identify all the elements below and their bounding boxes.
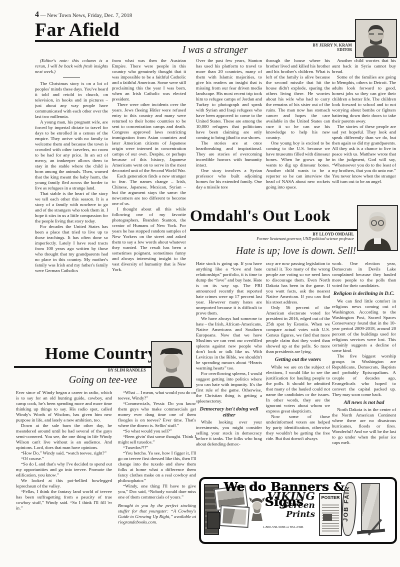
masthead-line: — New Town News, Friday, Dec. 7, 2018 — [40, 13, 132, 19]
paragraph: racy are now passing legislation to curt… — [266, 261, 330, 305]
far-afield-title: Far Afield — [35, 20, 120, 42]
paragraph: “So do I, and that's why I've decided to… — [16, 462, 112, 479]
sign-box-graphic — [207, 512, 220, 529]
omdahl-col-b: racy are now passing legislation to curt… — [266, 261, 330, 473]
column-subhead: Getting out the voters — [266, 357, 330, 363]
paragraph: “Windy, one thing I'll have to give you,… — [118, 484, 196, 501]
viking-logo: VIKING Screen Prints — [265, 491, 315, 520]
paragraph: “Fellas, I think the fantasy land world … — [16, 489, 112, 511]
paragraph: We looked at this pot-bellied bowlegged … — [16, 478, 112, 489]
far-afield-col-4: through the house where his brother live… — [266, 58, 330, 208]
paragraph: While we are on the subject of elections… — [266, 364, 330, 414]
paragraph: work. One election year, Democrats in De… — [332, 261, 396, 289]
paragraph: The stories are at once heartbreaking an… — [196, 141, 262, 169]
paragraph: The stories of these people are sad yet … — [332, 124, 396, 185]
paragraph: Each generation finds a new stranger to … — [112, 174, 186, 207]
ad-phone-block: 1-800-536-5686 or 852-2396 — [247, 525, 319, 531]
home-country-col-1: Ever since ol' Windy began a career in r… — [16, 390, 112, 562]
paragraph: The Christmas story is on a lot of peopl… — [35, 81, 108, 120]
job-fair-label: JOB FAIR — [343, 486, 351, 522]
paragraph: That stable is the heart of the story we… — [35, 191, 108, 224]
banner-signs-ad: We do Banners & Signs VIKING Screen Prin… — [199, 477, 397, 544]
paragraph: through the house where his brother live… — [266, 58, 330, 141]
omdahl-title: Omdahl's Out Look — [190, 208, 330, 226]
paragraph: One story involves a Syrian professor wh… — [196, 168, 262, 190]
paragraph: Brought to you by the perfect stocking s… — [118, 503, 196, 525]
paragraph: Some of the families are going to Memphi… — [332, 75, 396, 125]
newspaper-page: 4 — New Town News, Friday, Dec. 7, 2018 … — [0, 0, 400, 567]
column-subhead: All news is not bad — [332, 400, 396, 406]
omdahl-portrait-graphic — [358, 206, 397, 250]
paragraph: We can find little comfort in religious … — [332, 298, 396, 353]
ad-phone: 1-800-536-5686 or 852-2396 — [247, 525, 319, 529]
paragraph: I thought about all this while following… — [112, 207, 186, 273]
column-divider — [63, 78, 80, 79]
omdahl-byline-block: BY LLOYD OMDAHL Former lieutenant govern… — [200, 232, 354, 244]
paragraph: North Dakota is in the center of the Nor… — [332, 407, 396, 446]
paragraph: While looking over your investments, you… — [196, 420, 262, 448]
paragraph: Down at the sale barn the other day, he … — [16, 423, 112, 451]
paragraph: “Been givin' that some thought. Think I … — [118, 434, 196, 445]
far-afield-rule — [35, 40, 396, 42]
paragraph: Ever since ol' Windy began a career in r… — [16, 390, 112, 423]
viking-logo-line3: Prints — [265, 511, 315, 520]
page-number: 4 — [35, 11, 39, 19]
column-subhead: Religion is declining in D.C. — [332, 291, 396, 297]
omdahl-col-c: work. One election year, Democrats in De… — [332, 261, 396, 473]
far-afield-headline: I was a stranger — [35, 45, 395, 56]
home-country-col-2: “What ... I mean, what would you do on t… — [118, 390, 196, 562]
paragraph: “You betcha. Ya see, how I figger it, I'… — [118, 451, 196, 484]
far-afield-col-2: from what was then the Austrian Empire. … — [112, 58, 186, 338]
paragraph: “Commercials, Yessir. Do you know them g… — [118, 401, 196, 429]
far-afield-col-5: Another child worries that his aunt back… — [332, 58, 396, 208]
poster-graphic: POSTER — [319, 493, 342, 536]
paragraph: Over the past few years, Stanton has use… — [196, 58, 262, 141]
paragraph: from what was then the Austrian Empire. … — [112, 58, 186, 102]
paragraph: A young man, his pregnant wife, are forc… — [35, 120, 108, 192]
far-afield-col-3: Over the past few years, Stanton has use… — [196, 58, 262, 208]
home-country-title: Home Country — [45, 344, 156, 364]
paragraph: Another child worries that his aunt back… — [332, 58, 396, 75]
job-fair-flag: JOB FAIR — [341, 482, 358, 537]
paragraph: (Editor's note: this column is a rerun, … — [35, 58, 108, 75]
paragraph: One young boy is excited to be coming to… — [266, 141, 330, 191]
omdahl-photo — [357, 205, 398, 251]
paragraph: There were other incidents over the year… — [112, 102, 186, 174]
poster-label: POSTER — [320, 495, 341, 500]
paragraph: The five biggest worship groups in Washi… — [332, 353, 396, 397]
viking-mascot-icon — [249, 495, 265, 523]
paragraph: We have always had someone to hate – the… — [196, 316, 262, 371]
home-country-byline: BY SLIM RANDLES — [14, 368, 146, 373]
paragraph: “What ... I mean, what would you do on t… — [118, 390, 196, 401]
paragraph: For decades the United States has been a… — [35, 224, 108, 274]
poster-image-block — [323, 514, 332, 521]
home-country-headline: Going on tee-vee — [14, 375, 192, 386]
paragraph: Now some of those underinformed voters a… — [266, 414, 330, 442]
omdahl-headline: Hate is up; love is down. Sell! — [196, 246, 396, 257]
paragraph: Hate stock is going up. If you have anyt… — [196, 261, 262, 316]
column-subhead: Democracy isn't doing well either — [196, 407, 262, 419]
omdahl-credit: Former lieutenant governor, UND politica… — [200, 237, 354, 242]
far-afield-col-1: (Editor's note: this column is a rerun, … — [35, 58, 108, 338]
omdahl-col-a: Hate stock is going up. If you have anyt… — [196, 261, 262, 473]
paragraph: For overflowing spleens, I would suggest… — [196, 371, 262, 404]
paragraph: Only 56 percent of the American electora… — [266, 305, 330, 355]
